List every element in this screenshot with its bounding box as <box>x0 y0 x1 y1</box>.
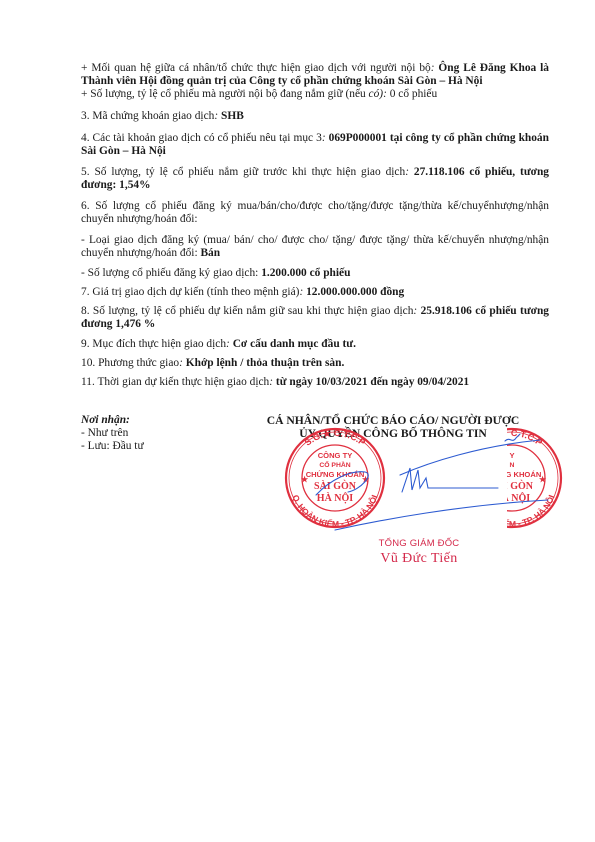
item-value: SHB <box>221 110 244 122</box>
item-label: - Số lượng cổ phiếu đăng ký giao dịch <box>81 267 255 279</box>
insider-holding-value: 0 cổ phiếu <box>387 88 437 100</box>
insider-holding-prefix: + Số lượng, tỷ lệ cổ phiếu mà người nội … <box>81 88 369 100</box>
svg-text:CỔ PHẦN: CỔ PHẦN <box>319 459 350 469</box>
svg-text:Q. HOÀN KIẾM - TP. HÀ NỘI: Q. HOÀN KIẾM - TP. HÀ NỘI <box>290 493 379 529</box>
relation-colon: : <box>431 62 435 74</box>
item-6-quantity: - Số lượng cổ phiếu đăng ký giao dịch: 1… <box>81 267 549 280</box>
item-4: 4. Các tài khoản giao dịch có cổ phiếu n… <box>81 132 549 158</box>
item-label: 11. Thời gian dự kiến thực hiện giao dịc… <box>81 376 269 388</box>
item-7: 7. Giá trị giao dịch dự kiến (tính theo … <box>81 286 549 299</box>
item-5: 5. Số lượng, tỷ lệ cổ phiếu nắm giữ trướ… <box>81 166 549 192</box>
signatory-name: Vũ Đức Tiến <box>354 551 484 567</box>
item-value: Khớp lệnh / thỏa thuận trên sàn. <box>186 357 345 369</box>
item-6: 6. Số lượng cổ phiếu đăng ký mua/bán/cho… <box>81 200 549 226</box>
svg-text:SÀI GÒN: SÀI GÒN <box>491 480 534 492</box>
recipient-line: - Lưu: Đầu tư <box>81 440 144 453</box>
item-8: 8. Số lượng, tỷ lệ cổ phiếu dự kiến nắm … <box>81 305 549 331</box>
item-11: 11. Thời gian dự kiến thực hiện giao dịc… <box>81 376 549 389</box>
item-label: 7. Giá trị giao dịch dự kiến (tính theo … <box>81 286 299 298</box>
item-label: 3. Mã chứng khoán giao dịch <box>81 110 214 122</box>
svg-text:★: ★ <box>362 475 370 484</box>
item-6-type: - Loại giao dịch đăng ký (mua/ bán/ cho/… <box>81 234 549 260</box>
item-3: 3. Mã chứng khoán giao dịch: SHB <box>81 110 549 123</box>
svg-text:SÀI GÒN: SÀI GÒN <box>314 480 357 492</box>
signature-title: CÁ NHÂN/TỔ CHỨC BÁO CÁO/ NGƯỜI ĐƯỢC ỦY Q… <box>232 414 554 440</box>
item-value: 1.200.000 cổ phiếu <box>261 267 350 279</box>
company-stamp-duplicate: S.G.★ C.T.C.P Q. HOÀN KIẾM - TP. HÀ NỘI … <box>463 428 561 529</box>
item-label: - Loại giao dịch đăng ký (mua/ bán/ cho/… <box>81 234 549 259</box>
handwritten-signature <box>316 434 548 530</box>
company-stamp <box>286 429 384 527</box>
item-label: 6. Số lượng cổ phiếu đăng ký mua/bán/cho… <box>81 200 549 225</box>
document-page: + Mối quan hệ giữa cá nhân/tổ chức thực … <box>0 0 595 842</box>
svg-text:Y: Y <box>509 451 514 460</box>
item-label: 4. Các tài khoản giao dịch có cổ phiếu n… <box>81 132 322 144</box>
item-value: 12.000.000.000 đồng <box>306 286 404 298</box>
item-label: 10. Phương thức giao <box>81 357 179 369</box>
svg-text:HÀ NỘI: HÀ NỘI <box>317 491 354 504</box>
item-value: Cơ cấu danh mục đầu tư. <box>233 338 356 350</box>
item-value: Bán <box>200 247 220 259</box>
svg-text:★: ★ <box>539 475 547 484</box>
recipients-block: Nơi nhận: - Như trên - Lưu: Đầu tư <box>81 414 144 453</box>
relation-paragraph: + Mối quan hệ giữa cá nhân/tổ chức thực … <box>81 62 549 101</box>
item-9: 9. Mục đích thực hiện giao dịch: Cơ cấu … <box>81 338 549 351</box>
item-label: 8. Số lượng, tỷ lệ cổ phiếu dự kiến nắm … <box>81 305 413 317</box>
svg-text:HÀ NỘI: HÀ NỘI <box>494 491 531 504</box>
signature-title-line1: CÁ NHÂN/TỔ CHỨC BÁO CÁO/ NGƯỜI ĐƯỢC <box>232 414 554 427</box>
recipients-title: Nơi nhận: <box>81 414 144 427</box>
svg-text:N: N <box>510 462 515 469</box>
svg-text:CÔNG TY: CÔNG TY <box>318 451 353 460</box>
item-value: từ ngày 10/03/2021 đến ngày 09/04/2021 <box>276 376 469 388</box>
svg-text:★: ★ <box>301 475 309 484</box>
svg-text:CHỨNG KHOÁN: CHỨNG KHOÁN <box>306 470 365 479</box>
insider-holding-italic: có): <box>369 88 387 100</box>
svg-text:CHỨNG KHOÁN: CHỨNG KHOÁN <box>483 470 542 479</box>
stamp-text: S.G.★ C.T.C.P Q. HOÀN KIẾM - TP. HÀ NỘI … <box>290 428 379 529</box>
signatory-role: TỔNG GIÁM ĐỐC <box>354 538 484 549</box>
item-label: 5. Số lượng, tỷ lệ cổ phiếu nắm giữ trướ… <box>81 166 405 178</box>
relation-prefix: + Mối quan hệ giữa cá nhân/tổ chức thực … <box>81 62 431 74</box>
svg-text:Q. HOÀN KIẾM - TP. HÀ NỘI: Q. HOÀN KIẾM - TP. HÀ NỘI <box>467 493 556 529</box>
signatory-block: TỔNG GIÁM ĐỐC Vũ Đức Tiến <box>354 538 484 567</box>
item-label: 9. Mục đích thực hiện giao dịch <box>81 338 226 350</box>
recipient-line: - Như trên <box>81 427 144 440</box>
item-10: 10. Phương thức giao: Khớp lệnh / thỏa t… <box>81 357 549 370</box>
signature-title-line2: ỦY QUYỀN CÔNG BỐ THÔNG TIN <box>232 427 554 440</box>
